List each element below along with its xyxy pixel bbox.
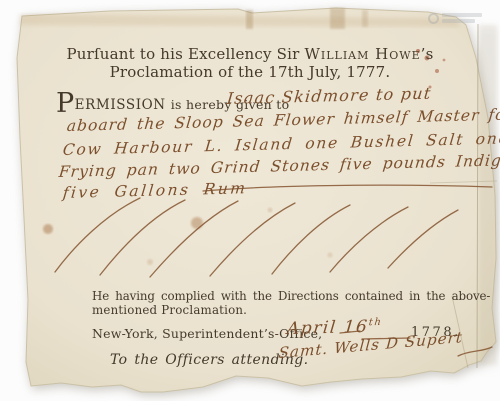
void-hatch-stroke — [330, 207, 408, 272]
permission-dropcap: P — [56, 88, 75, 119]
compliance-line-2: mentioned Proclamation. — [92, 303, 247, 317]
signature-flourish — [458, 347, 492, 356]
header-name-william-howe: William Howe — [304, 45, 420, 63]
compliance-line-1: He having complied with the Directions c… — [92, 289, 490, 303]
header-line1-suffix: ’s — [421, 45, 434, 63]
header-line1-prefix: Purſuant to his Excellency Sir — [67, 45, 305, 63]
photo-watermark — [428, 10, 490, 26]
void-hatch-stroke — [100, 200, 185, 275]
permission-word: ERMISSION — [75, 97, 166, 113]
header-line2: Proclamation of the 17th July, 1777. — [30, 63, 470, 81]
void-hatch-stroke — [272, 205, 350, 274]
void-hatch-stroke — [388, 210, 458, 268]
watermark-text-blur — [442, 13, 482, 23]
header-line1: Purſuant to his Excellency Sir William H… — [30, 45, 470, 63]
void-hatch-stroke — [55, 198, 140, 272]
photographed-document: Purſuant to his Excellency Sir William H… — [0, 0, 500, 401]
handwritten-date-superscript: th — [368, 317, 383, 328]
void-hatch-stroke — [210, 203, 295, 276]
handwritten-date-day: April 16 — [286, 317, 369, 339]
watermark-logo-icon — [428, 13, 439, 24]
